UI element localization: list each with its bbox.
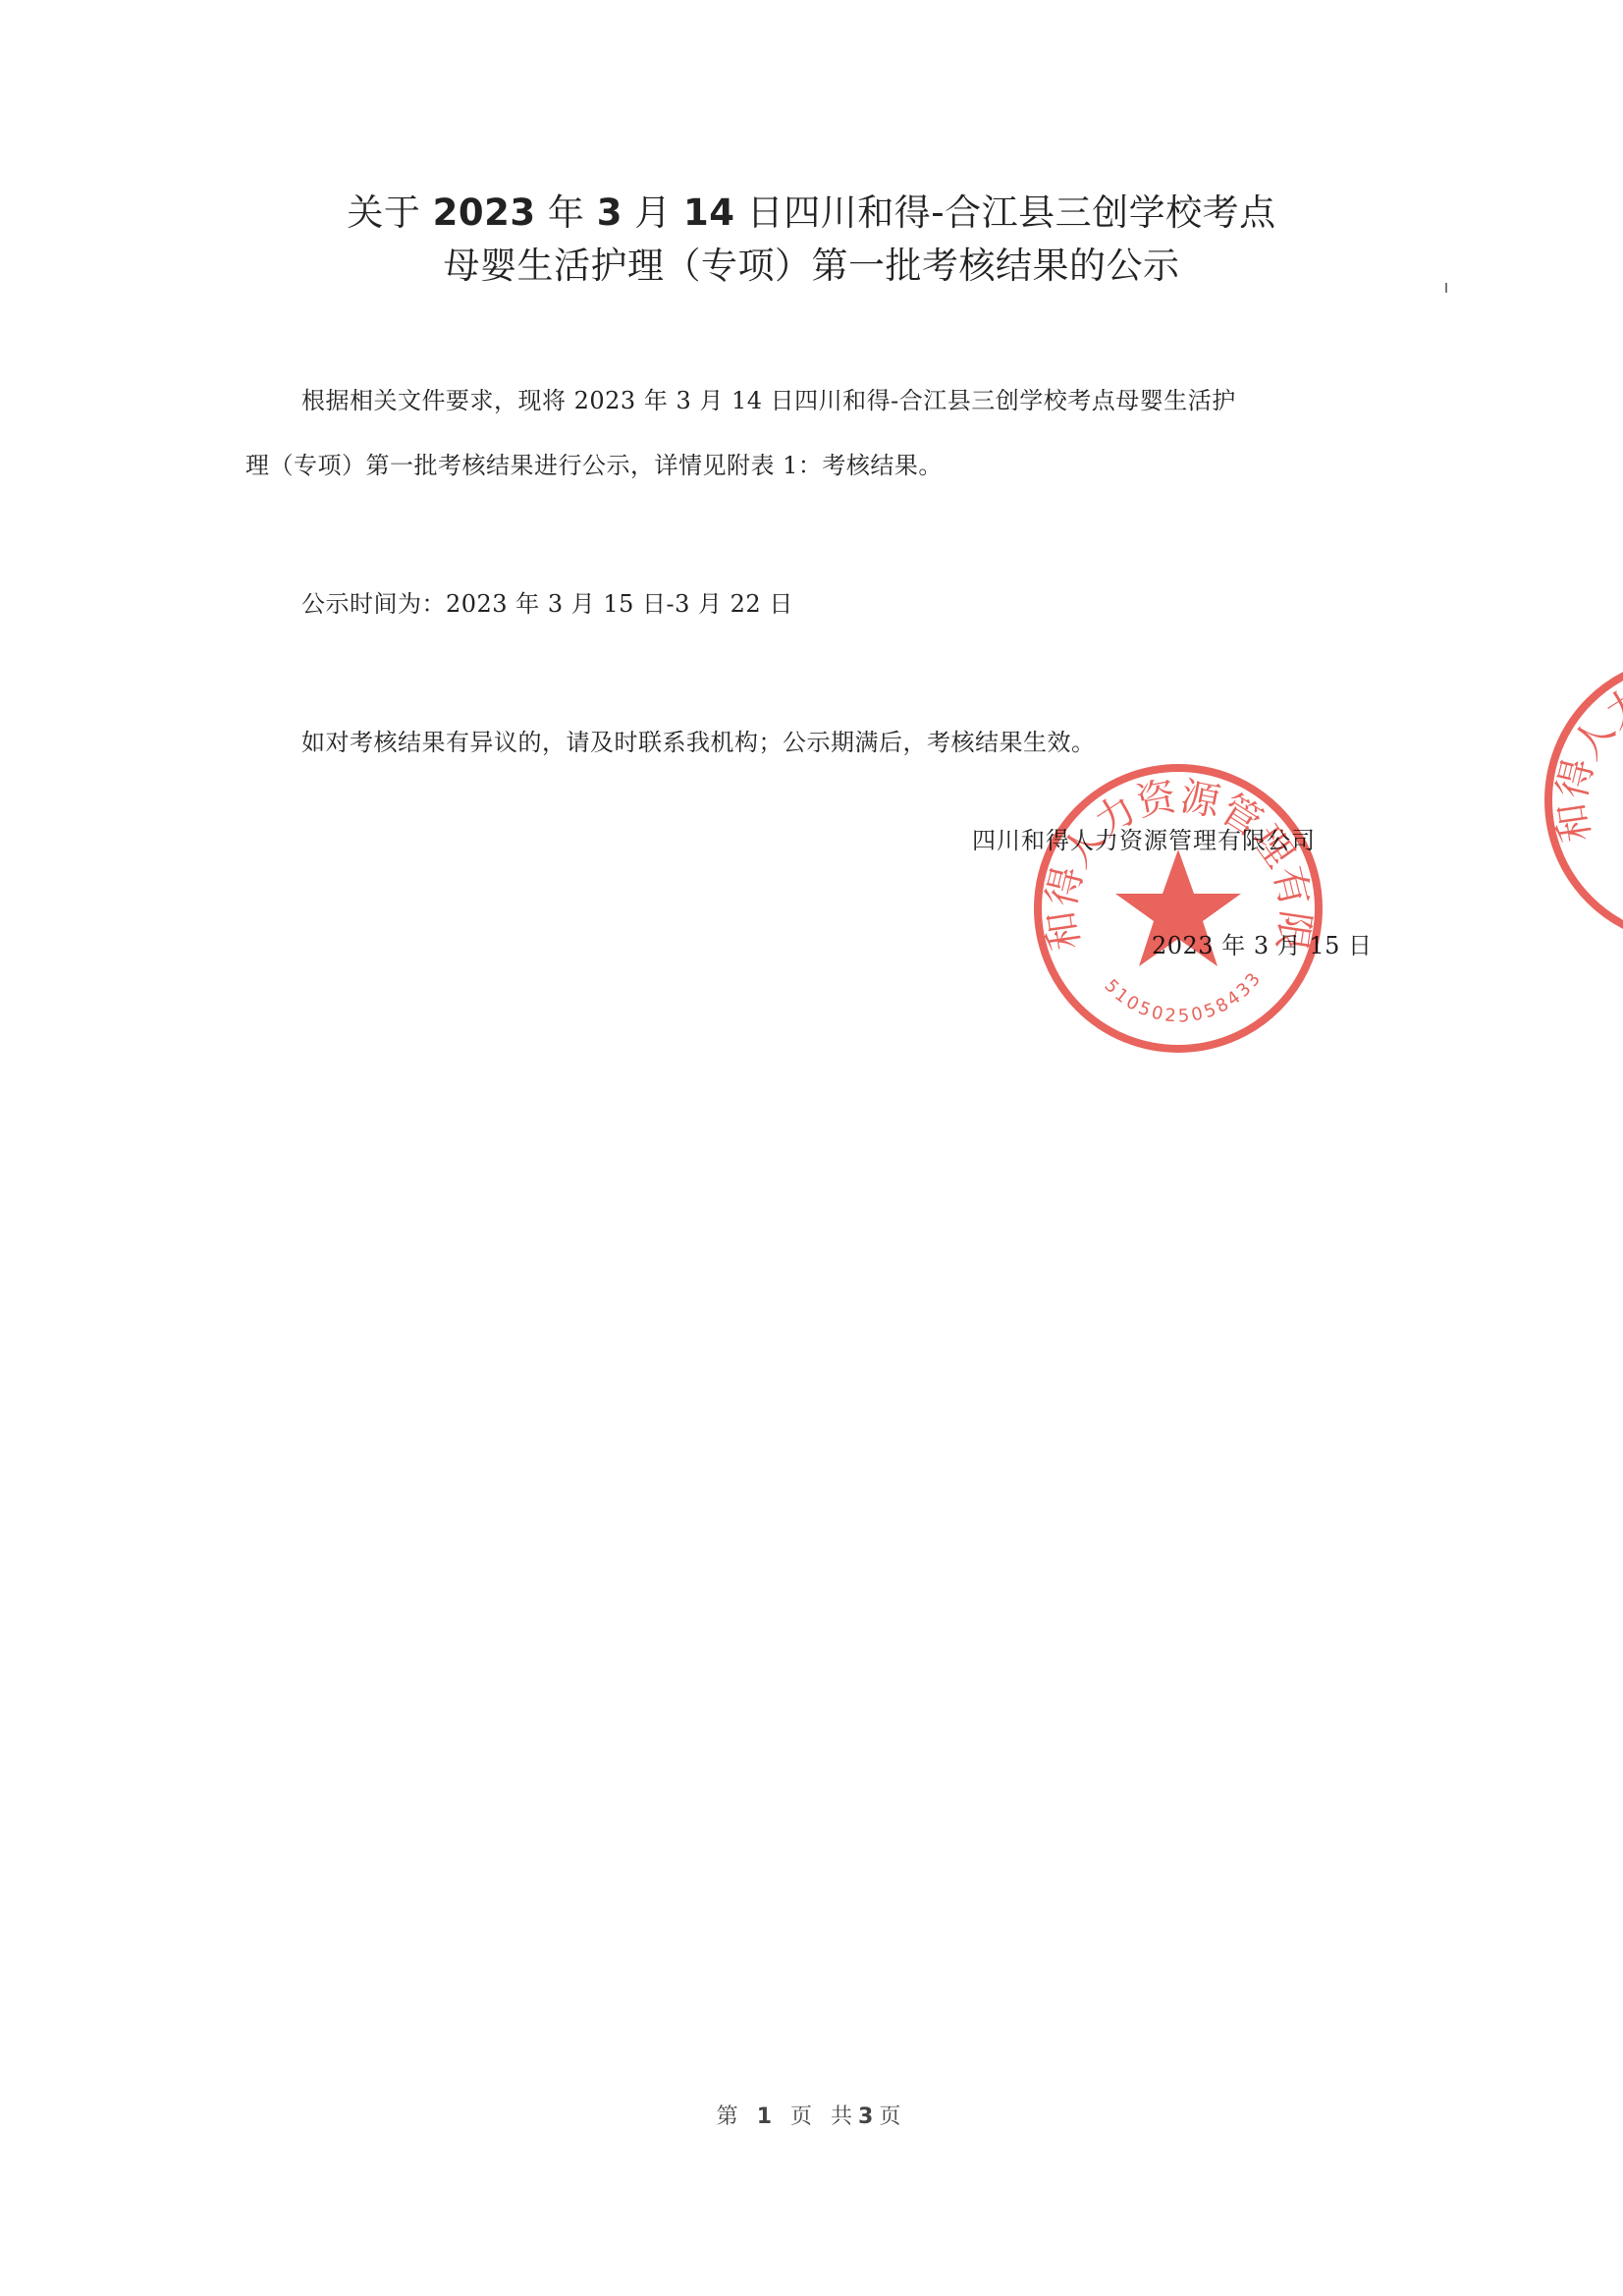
scan-mark — [1445, 283, 1447, 293]
footer-text: 页 — [879, 2105, 906, 2129]
objection-notice: 如对考核结果有异议的，请及时联系我机构；公示期满后，考核结果生效。 — [301, 723, 1096, 757]
title-day: 14 — [683, 191, 735, 234]
document-title-line1: 关于 2023 年 3 月 14 日四川和得-合江县三创学校考点 — [0, 183, 1623, 236]
body-paragraph-1-line-1: 根据相关文件要求，现将 2023 年 3 月 14 日四川和得-合江县三创学校考… — [301, 381, 1236, 415]
footer-text: 第 — [717, 2105, 744, 2129]
total-pages-number: 3 — [858, 2105, 879, 2129]
title-text: 关于 — [347, 191, 432, 234]
partial-seal-text: 四川和得人力资源管理有限公司 — [1542, 648, 1623, 845]
title-month: 3 — [597, 191, 622, 234]
current-page-number: 1 — [757, 2105, 778, 2129]
publicity-period: 公示时间为：2023 年 3 月 15 日-3 月 22 日 — [301, 584, 793, 619]
signature-organization: 四川和得人力资源管理有限公司 — [972, 821, 1316, 855]
official-seal-icon: 四川和得人力资源管理有限公司 5105025058433 — [1031, 756, 1325, 1061]
partial-seal-icon: 四川和得人力资源管理有限公司 — [1542, 648, 1623, 953]
svg-text:5105025058433: 5105025058433 — [1101, 967, 1267, 1027]
title-year: 2023 — [433, 191, 536, 234]
title-text: 月 — [622, 191, 683, 234]
document-title-line2: 母婴生活护理（专项）第一批考核结果的公示 — [0, 236, 1623, 289]
seal-code: 5105025058433 — [1101, 967, 1267, 1027]
body-paragraph-1-line-2: 理（专项）第一批考核结果进行公示，详情见附表 1：考核结果。 — [245, 446, 943, 480]
svg-text:四川和得人力资源管理有限公司: 四川和得人力资源管理有限公司 — [1542, 648, 1623, 845]
footer-text: 页 共 — [790, 2105, 858, 2129]
title-text: 日四川和得-合江县三创学校考点 — [734, 191, 1275, 234]
title-text: 年 — [536, 191, 597, 234]
page-footer: 第 1 页 共3页 — [0, 2100, 1623, 2130]
signature-date: 2023 年 3 月 15 日 — [1152, 926, 1373, 960]
